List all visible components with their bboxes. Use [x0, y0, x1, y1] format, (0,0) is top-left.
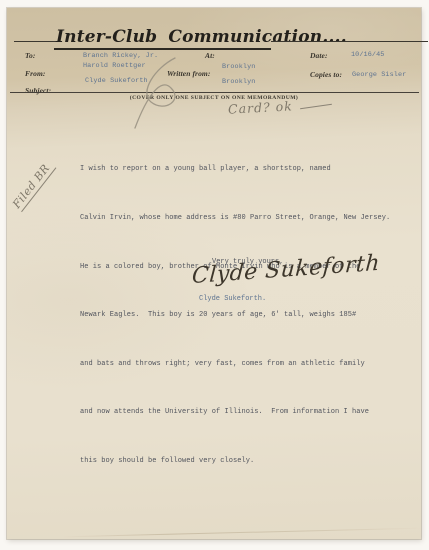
card-annotation-tail	[300, 104, 332, 109]
title-underline	[54, 48, 271, 50]
scanned-memo: Inter-Club Communication.... To: Branch …	[0, 0, 429, 550]
memo-paper: Inter-Club Communication.... To: Branch …	[7, 8, 421, 539]
header-divider-rule	[10, 92, 419, 93]
body-line: Calvin Irvin, whose home address is #80 …	[80, 210, 410, 226]
body-line: Newark Eagles. This boy is 20 years of a…	[80, 307, 410, 323]
date-value: 10/16/45	[351, 51, 384, 59]
typed-signature-name: Clyde Sukeforth.	[199, 295, 266, 303]
masthead-rule-left	[14, 41, 56, 42]
date-label: Date:	[310, 52, 328, 60]
memo-title: Inter-Club Communication....	[56, 29, 347, 46]
copies-to-value: George Sisler	[352, 71, 406, 79]
at-label: At:	[205, 52, 215, 60]
paper-crease	[62, 528, 422, 538]
pencil-scribble	[125, 52, 199, 134]
body-line: this boy should be followed very closely…	[80, 453, 410, 469]
cover-note: (COVER ONLY ONE SUBJECT ON ONE MEMORANDU…	[7, 95, 421, 101]
card-annotation: Card? ok	[228, 98, 293, 116]
body-line: I wish to report on a young ball player,…	[80, 161, 410, 177]
subject-label: Subject:	[25, 87, 51, 95]
body-line: and bats and throws right; very fast, co…	[80, 356, 410, 372]
masthead-rule-right	[271, 41, 428, 42]
to-label: To:	[25, 52, 35, 60]
memo-body: I wish to report on a young ball player,…	[80, 129, 410, 502]
copies-to-label: Copies to:	[310, 71, 342, 79]
body-line: and now attends the University of Illino…	[80, 404, 410, 420]
at-value: Brooklyn	[222, 63, 255, 71]
margin-annotation: Filed BR	[10, 159, 56, 212]
from-label: From:	[25, 70, 46, 78]
written-from-value: Brooklyn	[222, 78, 255, 86]
